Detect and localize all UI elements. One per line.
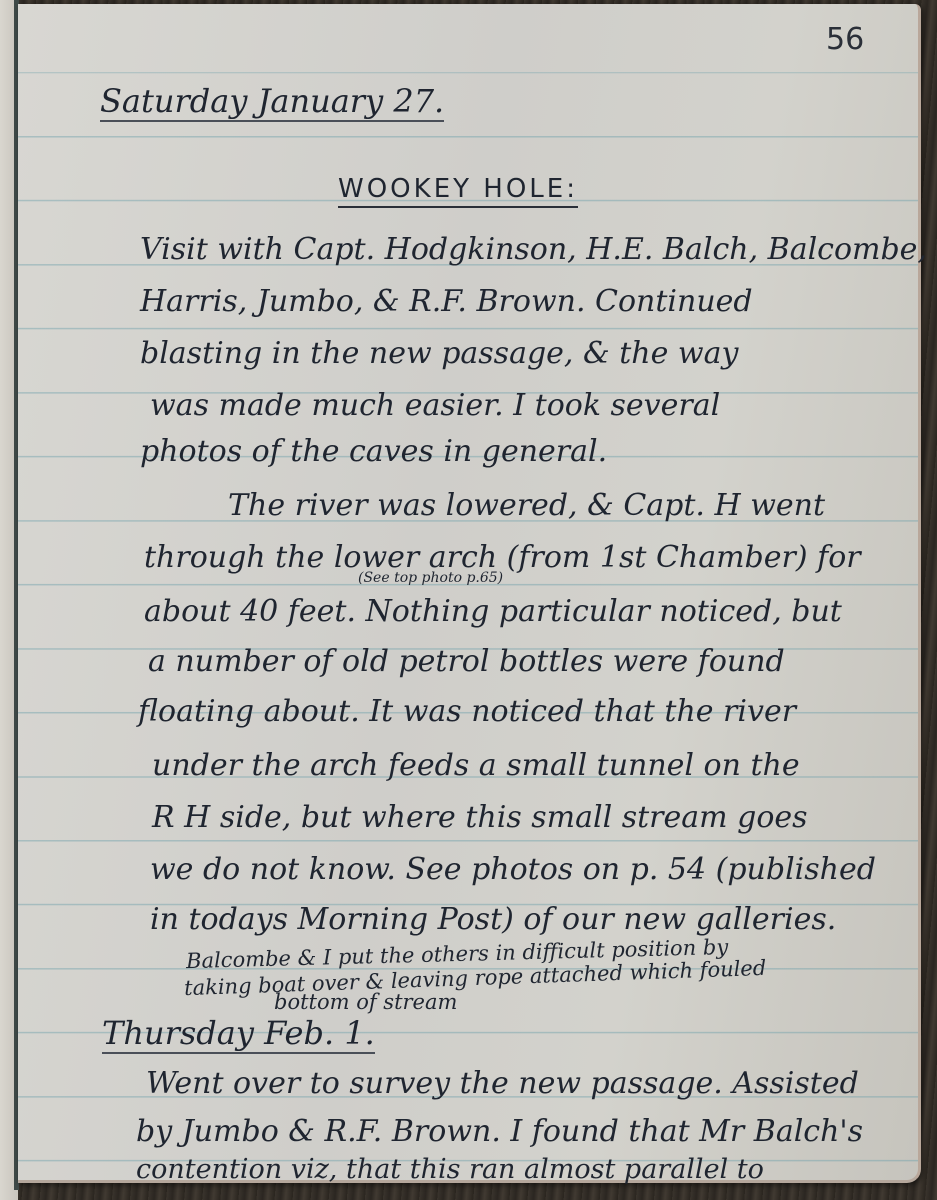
text-line: photos of the caves in general. [140, 434, 607, 469]
text-line: blasting in the new passage, & the way [140, 336, 738, 371]
margin-insertion: bottom of stream [274, 990, 457, 1014]
text-line: The river was lowered, & Capt. H went [228, 488, 825, 523]
entry-heading: WOOKEY HOLE: [338, 174, 578, 208]
text-line: was made much easier. I took several [150, 388, 720, 423]
entry-date: Saturday January 27. [100, 82, 444, 122]
text-line: Harris, Jumbo, & R.F. Brown. Continued [140, 284, 753, 319]
text-line: Visit with Capt. Hodgkinson, H.E. Balch,… [140, 232, 927, 267]
text-line: floating about. It was noticed that the … [138, 694, 796, 729]
text-line: under the arch feeds a small tunnel on t… [152, 748, 800, 783]
text-line: by Jumbo & R.F. Brown. I found that Mr B… [136, 1114, 863, 1149]
text-line: we do not know. See photos on p. 54 (pub… [150, 852, 876, 887]
text-line: a number of old petrol bottles were foun… [148, 644, 785, 679]
notebook-page: 56 Saturday January 27. WOOKEY HOLE: Vis… [18, 4, 921, 1183]
entry-date: Thursday Feb. 1. [102, 1014, 375, 1054]
interlinear-note: (See top photo p.65) [358, 570, 503, 586]
text-line: Went over to survey the new passage. Ass… [146, 1066, 859, 1101]
text-line: about 40 feet. Nothing particular notice… [144, 594, 842, 629]
page-number: 56 [826, 22, 864, 57]
text-line: R H side, but where this small stream go… [152, 800, 808, 835]
text-line: contention viz, that this ran almost par… [136, 1154, 764, 1185]
text-line: in todays Morning Post) of our new galle… [150, 902, 836, 937]
